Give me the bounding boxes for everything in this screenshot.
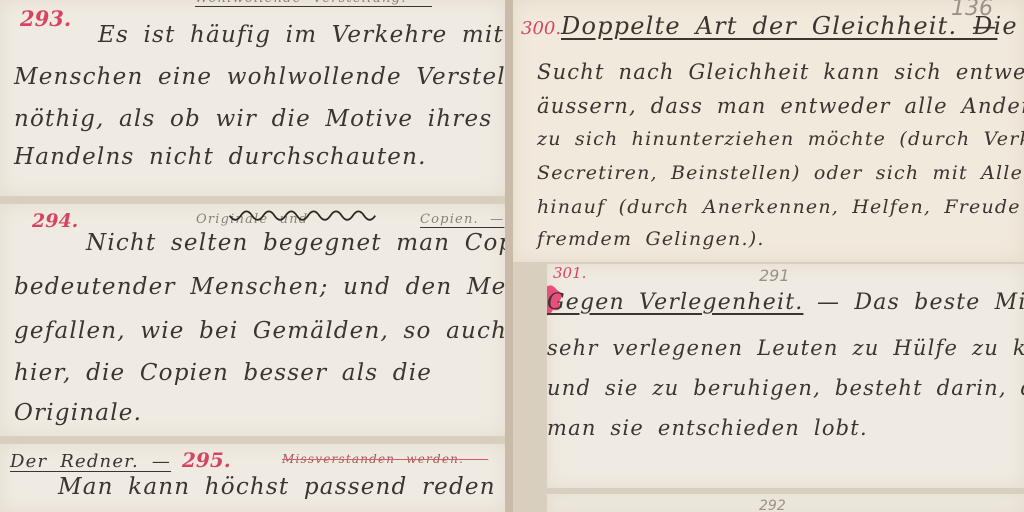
text-line: Es ist häufig im Verkehre mit — [98, 22, 504, 48]
text-line: Sucht nach Gleichheit kann sich entweder… — [537, 60, 1024, 84]
text-line: Man kann höchst passend reden — [58, 474, 496, 500]
struck-title-295: Missverstanden werden. — — [282, 452, 488, 466]
slip-300: 300. Doppelte Art der Gleichheit. — Die … — [513, 0, 1024, 262]
slip-293: 293. Wohlwollende Verstellung. — Es ist … — [0, 0, 505, 196]
aphorism-number-300: 300. — [521, 18, 561, 39]
page-mark: 136 — [951, 0, 993, 21]
text-line: und sie zu beruhigen, besteht darin, das… — [547, 376, 1024, 400]
aphorism-title-293: Wohlwollende Verstellung. — — [195, 0, 432, 6]
text-line: äussern, dass man entweder alle Anderen — [537, 94, 1024, 118]
text-line: Originale. — [14, 400, 142, 426]
text-line: zu sich hinunterziehen möchte (durch Ver… — [537, 128, 1024, 150]
text-line: Nicht selten begegnet man Copien — [86, 230, 505, 256]
text-line: sehr verlegenen Leuten zu Hülfe zu komme… — [547, 336, 1024, 360]
text-line: man sie entschieden lobt. — [547, 416, 868, 440]
pencil-mark: 291 — [759, 266, 790, 285]
scribble-strikeout — [196, 210, 411, 224]
aphorism-number-293: 293. — [20, 6, 71, 31]
text-line: gefallen, wie bei Gemälden, so auch — [14, 318, 505, 344]
slip-edge — [505, 0, 513, 512]
slip-bottom: 292 — [547, 494, 1024, 512]
aphorism-title-300: Doppelte Art der Gleichheit. — — [561, 12, 997, 40]
aphorism-number-294: 294. — [32, 210, 78, 232]
aphorism-prefix-295: Der Redner. — — [10, 451, 171, 472]
pencil-mark: 292 — [759, 498, 786, 512]
text-line: bedeutender Menschen; und den Meisten — [14, 274, 505, 300]
text-line: hier, die Copien besser als die — [14, 360, 432, 386]
text-line: Menschen eine wohlwollende Verstellung — [14, 64, 505, 90]
text-line: fremdem Gelingen.). — [537, 228, 765, 250]
aphorism-number-295: 295. — [182, 448, 231, 472]
slip-295: Der Redner. — 295. Missverstanden werden… — [0, 444, 505, 512]
slip-301: 301. 291 Gegen Verlegenheit. — Das beste… — [547, 264, 1024, 488]
text-line: hinauf (durch Anerkennen, Helfen, Freude… — [537, 196, 1024, 218]
text-line: Handelns nicht durchschauten. — [14, 144, 427, 170]
aphorism-title-301: Gegen Verlegenheit. — [547, 290, 803, 315]
title-tail-301: — Das beste Mittel, — [817, 290, 1024, 315]
aphorism-title-294: Copien. — — [420, 212, 504, 227]
slip-294: 294. Originale und Copien. — Nicht selte… — [0, 204, 505, 436]
text-line: nöthig, als ob wir die Motive ihres — [14, 106, 492, 132]
text-line: Secretiren, Beinstellen) oder sich mit A… — [537, 162, 1024, 184]
